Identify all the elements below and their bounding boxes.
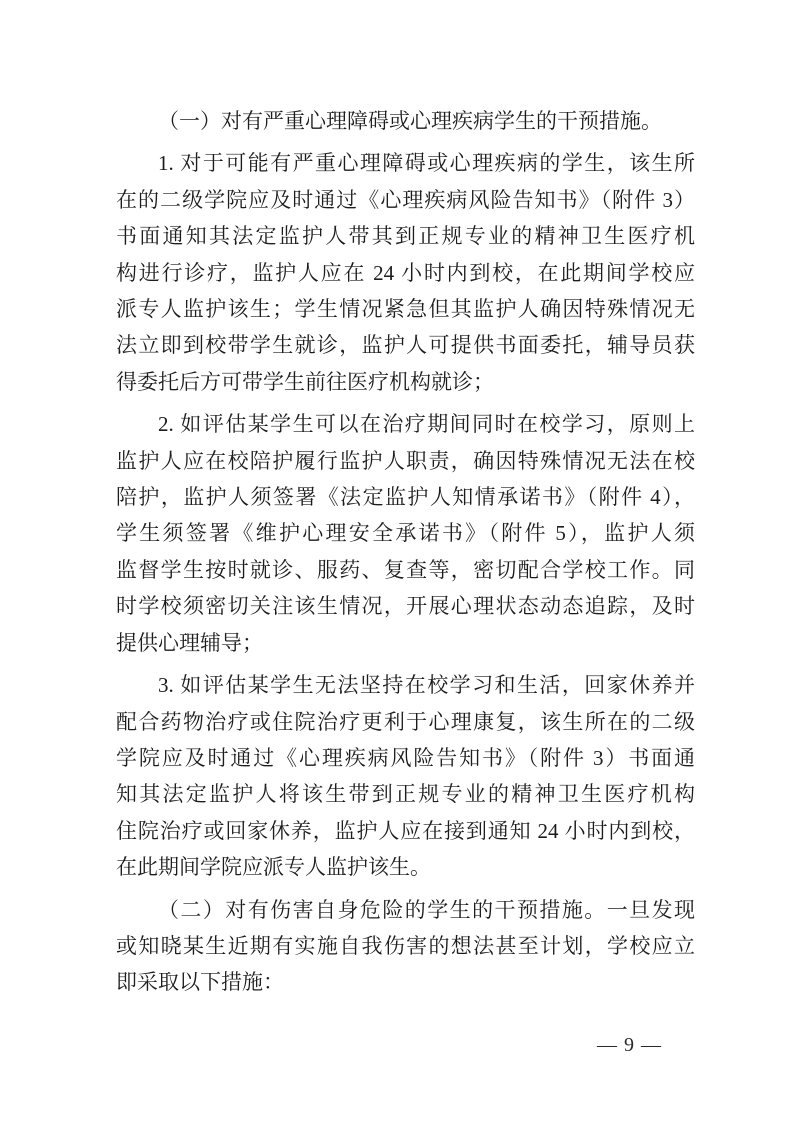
paragraph: （一）对有严重心理障碍或心理疾病学生的干预措施。 <box>116 103 695 139</box>
paragraph: 1. 对于可能有严重心理障碍或心理疾病的学生，该生所在的二级学院应及时通过《心理… <box>116 145 695 400</box>
text-line: 法立即到校带学生就诊，监护人可提供书面委托，辅导员获 <box>116 327 695 363</box>
text-line: 配合药物治疗或住院治疗更利于心理康复，该生所在的二级 <box>116 704 695 740</box>
scanned-document-page: （一）对有严重心理障碍或心理疾病学生的干预措施。1. 对于可能有严重心理障碍或心… <box>0 0 799 1130</box>
text-line: 即采取以下措施： <box>116 964 695 1000</box>
text-line: 在的二级学院应及时通过《心理疾病风险告知书》（附件 3） <box>116 182 695 218</box>
paragraph: 2. 如评估某学生可以在治疗期间同时在校学习，原则上监护人应在校陪护履行监护人职… <box>116 406 695 661</box>
text-line: 或知晓某生近期有实施自我伤害的想法甚至计划，学校应立 <box>116 928 695 964</box>
text-line: （二）对有伤害自身危险的学生的干预措施。一旦发现 <box>116 892 695 928</box>
paragraph: 3. 如评估某学生无法坚持在校学习和生活，回家休养并配合药物治疗或住院治疗更利于… <box>116 667 695 885</box>
document-body: （一）对有严重心理障碍或心理疾病学生的干预措施。1. 对于可能有严重心理障碍或心… <box>116 103 695 1001</box>
text-line: 监护人应在校陪护履行监护人职责，确因特殊情况无法在校 <box>116 443 695 479</box>
paragraph: （二）对有伤害自身危险的学生的干预措施。一旦发现或知晓某生近期有实施自我伤害的想… <box>116 892 695 1001</box>
text-line: 监督学生按时就诊、服药、复查等，密切配合学校工作。同 <box>116 552 695 588</box>
text-line: 学院应及时通过《心理疾病风险告知书》（附件 3）书面通 <box>116 740 695 776</box>
text-line: 时学校须密切关注该生情况，开展心理状态动态追踪，及时 <box>116 588 695 624</box>
text-line: 得委托后方可带学生前往医疗机构就诊； <box>116 364 695 400</box>
text-line: 知其法定监护人将该生带到正规专业的精神卫生医疗机构 <box>116 776 695 812</box>
text-line: 学生须签署《维护心理安全承诺书》（附件 5），监护人须 <box>116 515 695 551</box>
text-line: 书面通知其法定监护人带其到正规专业的精神卫生医疗机 <box>116 218 695 254</box>
text-line: （一）对有严重心理障碍或心理疾病学生的干预措施。 <box>116 103 695 139</box>
text-line: 构进行诊疗，监护人应在 24 小时内到校，在此期间学校应 <box>116 255 695 291</box>
text-line: 陪护，监护人须签署《法定监护人知情承诺书》（附件 4）， <box>116 479 695 515</box>
text-line: 派专人监护该生；学生情况紧急但其监护人确因特殊情况无 <box>116 291 695 327</box>
text-line: 在此期间学院应派专人监护该生。 <box>116 849 695 885</box>
text-line: 住院治疗或回家休养，监护人应在接到通知 24 小时内到校， <box>116 813 695 849</box>
text-line: 2. 如评估某学生可以在治疗期间同时在校学习，原则上 <box>116 406 695 442</box>
text-line: 1. 对于可能有严重心理障碍或心理疾病的学生，该生所 <box>116 145 695 181</box>
page-number: — 9 — <box>597 1033 662 1057</box>
text-line: 3. 如评估某学生无法坚持在校学习和生活，回家休养并 <box>116 667 695 703</box>
text-line: 提供心理辅导； <box>116 625 695 661</box>
